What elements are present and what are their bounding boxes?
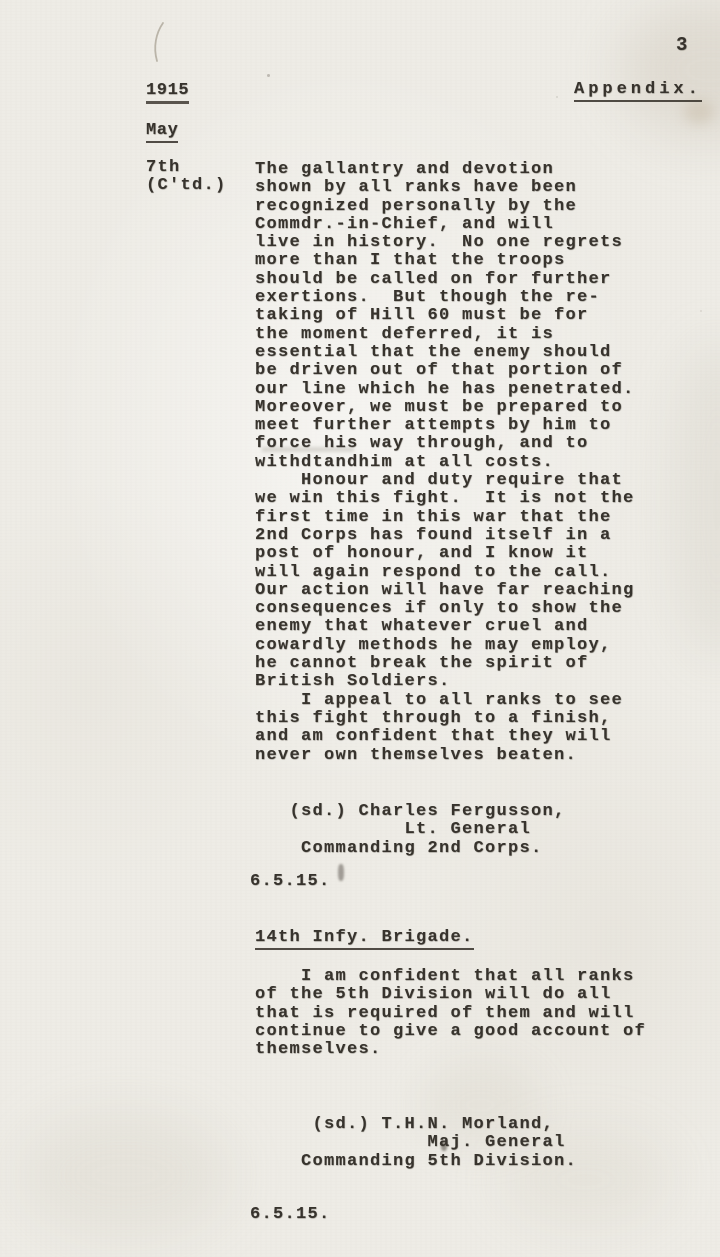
letter-body-2nd-corps: The gallantry and devotion shown by all … <box>255 161 635 765</box>
ink-speck <box>267 74 270 77</box>
date-fergusson: 6.5.15. <box>250 873 331 891</box>
paper-stain <box>672 340 720 660</box>
page-number: 3 <box>676 36 687 54</box>
year-heading: 1915 <box>146 82 189 104</box>
letter-body-brigade: I am confident that all ranks of the 5th… <box>255 968 646 1059</box>
pencil-mark <box>148 20 170 64</box>
signature-morland-block: (sd.) T.H.N. Morland, Maj. General Comma… <box>255 1116 577 1171</box>
brigade-heading: 14th Infy. Brigade. <box>255 929 474 950</box>
ink-speck <box>556 96 558 98</box>
ink-speck <box>700 310 702 312</box>
margin-date-note: 7th (C'td.) <box>146 159 227 196</box>
appendix-heading: Appendix. <box>574 81 702 102</box>
signature-fergusson-block: (sd.) Charles Fergusson, Lt. General Com… <box>255 803 566 858</box>
document-page: 3 1915 Appendix. May 7th (C'td.) The gal… <box>0 0 720 1257</box>
paper-stain <box>684 100 714 124</box>
paper-stain <box>620 0 720 140</box>
paper-stain <box>20 1110 230 1240</box>
month-heading: May <box>146 122 178 143</box>
date-morland: 6.5.15. <box>250 1206 331 1224</box>
ink-blot <box>338 864 344 881</box>
